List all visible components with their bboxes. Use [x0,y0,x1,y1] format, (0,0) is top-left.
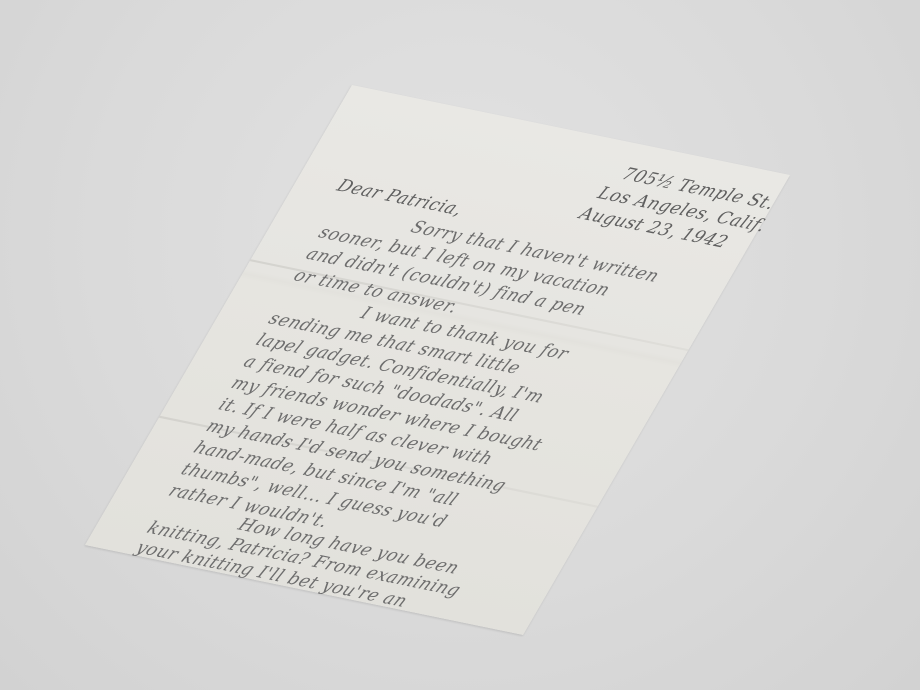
desk-surface: 705½ Temple St. Los Angeles, Calif. Augu… [0,0,920,690]
salutation: Dear Patricia, [334,177,467,219]
